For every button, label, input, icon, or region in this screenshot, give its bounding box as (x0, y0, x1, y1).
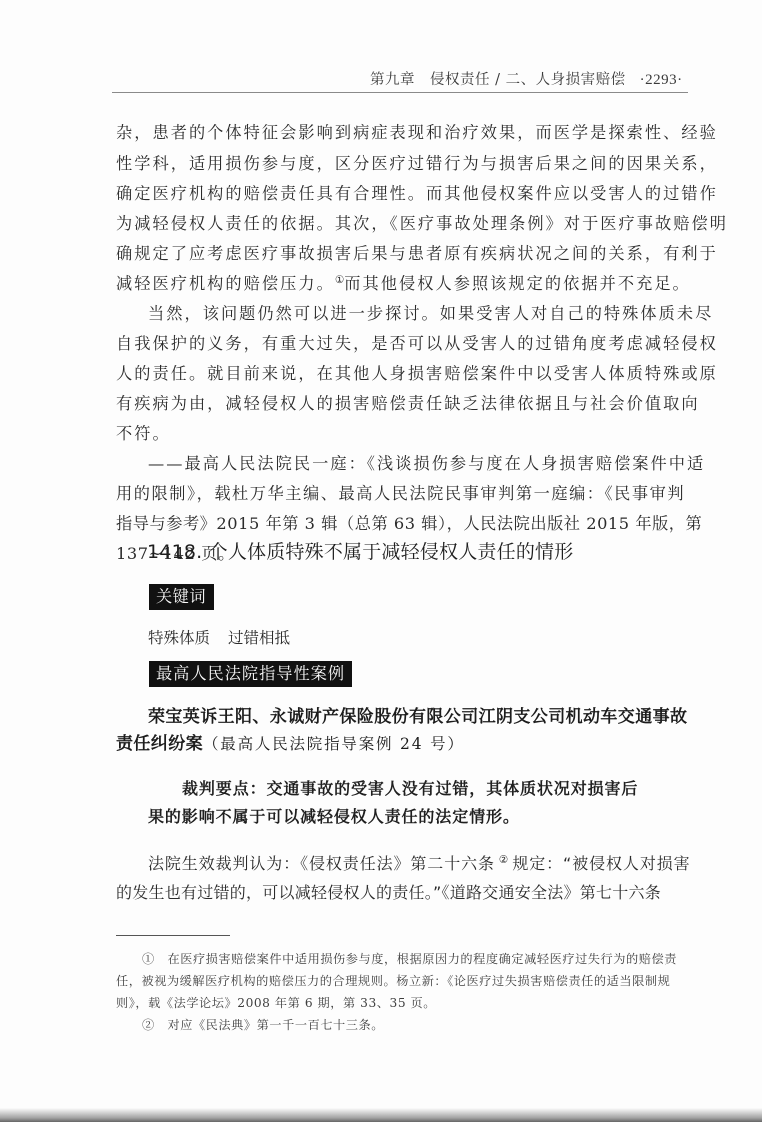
case-number-note: （最高人民法院指导案例 24 号） (203, 735, 465, 753)
opinion-line: 的发生也有过错的，可以减轻侵权人的责任。”《道路交通安全法》第七十六条 (116, 880, 661, 903)
footnote-1-line: 任，被视为缓解医疗机构的赔偿压力的合理规则。杨立新：《论医疗过失损害赔偿责任的适… (116, 972, 670, 989)
keywords-list: 特殊体质过错相抵 (148, 626, 290, 648)
keywords-label: 关键词 (149, 584, 214, 610)
opinion-text: 规定：“被侵权人对损害 (512, 854, 690, 873)
case-title-line: 荣宝英诉王阳、永诚财产保险股份有限公司江阴支公司机动车交通事故 (148, 702, 687, 727)
source-citation-line: 用的限制》，载杜万华主编、最高人民法院民事审判第一庭编：《民事审判 (116, 480, 685, 504)
holding-line: 裁判要点：交通事故的受害人没有过错，其体质状况对损害后 (182, 776, 638, 799)
opinion-line: 法院生效裁判认为：《侵权责任法》第二十六条②规定：“被侵权人对损害 (148, 851, 691, 874)
holding-line: 果的影响不属于可以减轻侵权人责任的法定情形。 (148, 804, 520, 827)
book-page: 第九章 侵权责任 / 二、人身损害赔偿·2293· 杂，患者的个体特征会影响到病… (0, 0, 762, 1122)
keyword: 特殊体质 (148, 629, 210, 647)
body-line: 不符。 (116, 420, 171, 444)
body-line: 有疾病为由，减轻侵权人的损害赔偿责任缺乏法律依据且与社会价值取向 (116, 390, 700, 414)
body-line: 确规定了应考虑医疗事故损害后果与患者原有疾病状况之间的关系，有利于 (116, 240, 718, 264)
body-line: 杂，患者的个体特征会影响到病症表现和治疗效果，而医学是探索性、经验 (116, 119, 718, 143)
body-line: 当然，该问题仍然可以进一步探讨。如果受害人对自己的特殊体质未尽 (148, 300, 713, 324)
footnote-ref-2[interactable]: ② (499, 854, 508, 866)
footnote-1-line: ① 在医疗损害赔偿案件中适用损伤参与度，根据原因力的程度确定减轻医疗过失行为的赔… (142, 950, 677, 967)
footnote-1-line: 则》，载《法学论坛》2008 年第 6 期，第 33、35 页。 (116, 994, 436, 1011)
body-line-with-footnote: 减轻医疗机构的赔偿压力。①而其他侵权人参照该规定的依据并不充足。 (116, 270, 691, 294)
body-line: 人的责任。就目前来说，在其他人身损害赔偿案件中以受害人体质特殊或原 (116, 360, 718, 384)
page-number: ·2293· (640, 72, 683, 88)
chapter-title: 第九章 侵权责任 / 二、人身损害赔偿 (370, 72, 626, 88)
running-header: 第九章 侵权责任 / 二、人身损害赔偿·2293· (370, 68, 683, 89)
section-title: 1418. 个人体质特殊不属于减轻侵权人责任的情形 (147, 537, 573, 564)
scan-edge-shadow (0, 1108, 762, 1122)
body-text: 减轻医疗机构的赔偿压力。 (116, 274, 335, 293)
body-line: 确定医疗机构的赔偿责任具有合理性。而其他侵权案件应以受害人的过错作 (116, 180, 718, 204)
source-citation-line: 指导与参考》2015 年第 3 辑（总第 63 辑），人民法院出版社 2015 … (116, 510, 702, 534)
body-text: 而其他侵权人参照该规定的依据并不充足。 (344, 274, 691, 293)
source-citation-line: ——最高人民法院民一庭：《浅谈损伤参与度在人身损害赔偿案件中适 (148, 450, 705, 474)
keyword: 过错相抵 (228, 629, 290, 647)
body-line: 自我保护的义务，有重大过失，是否可以从受害人的过错角度考虑减轻侵权 (116, 330, 718, 354)
footnote-2-line: ② 对应《民法典》第一千一百七十三条。 (142, 1016, 384, 1033)
body-line: 为减轻侵权人责任的依据。其次，《医疗事故处理条例》对于医疗事故赔偿明 (116, 210, 728, 234)
case-title-text: 责任纠纷案 (116, 734, 203, 754)
guiding-case-label: 最高人民法院指导性案例 (149, 661, 352, 687)
footnote-rule (116, 935, 230, 936)
header-rule (112, 92, 688, 93)
body-line: 性学科，适用损伤参与度，区分医疗过错行为与损害后果之间的因果关系， (116, 150, 718, 174)
case-title-line: 责任纠纷案（最高人民法院指导案例 24 号） (116, 729, 465, 754)
opinion-text: 法院生效裁判认为：《侵权责任法》第二十六条 (148, 854, 495, 873)
footnote-ref-1[interactable]: ① (335, 274, 344, 286)
